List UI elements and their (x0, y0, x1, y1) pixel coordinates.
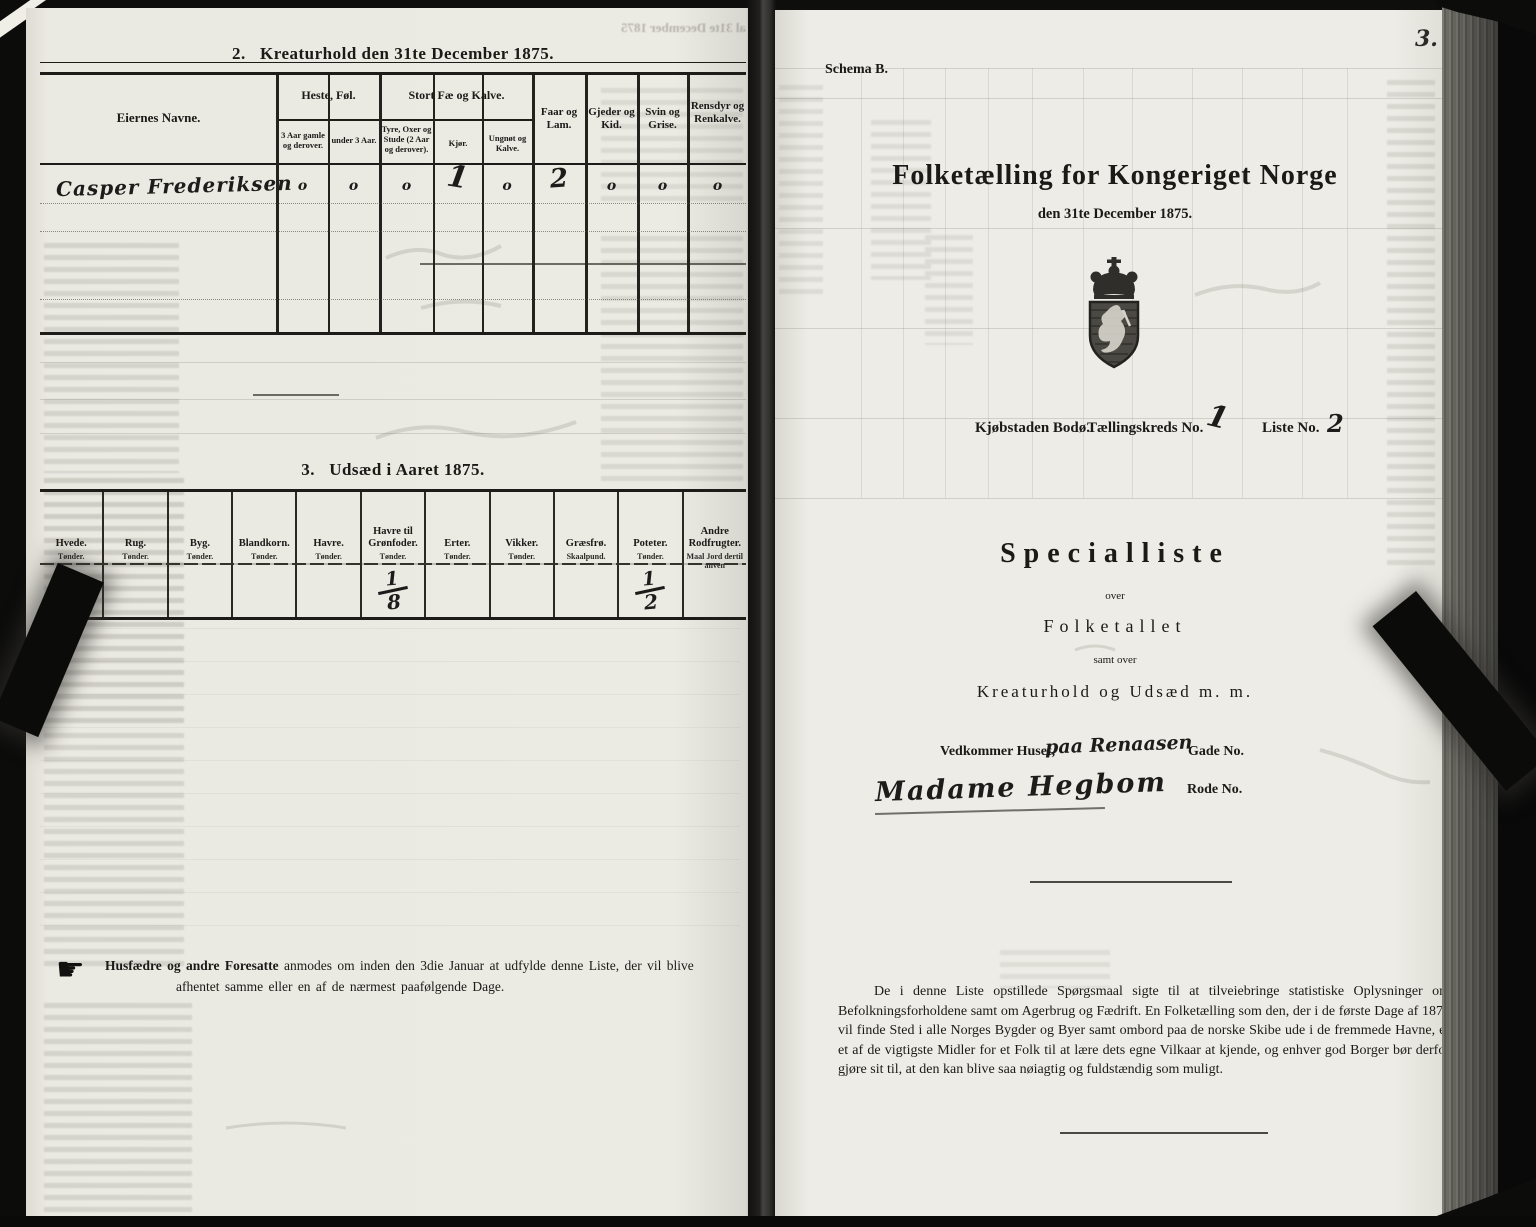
table2-entry-value: o (328, 178, 379, 194)
census-district-label: Tællingskreds No. (1087, 420, 1203, 437)
table3-col-value: 1 8 (362, 566, 424, 616)
fraction-denominator: 2 (644, 592, 660, 612)
table3-col-value: 1 2 (619, 566, 681, 616)
table2-entry-owner-name: Casper Frederiksen (56, 171, 293, 201)
list-label: Liste No. (1262, 420, 1320, 437)
scanned-book-spread: al 31te December 1875 2. Kreaturhold den… (0, 0, 1536, 1227)
page-number: 3. (1415, 26, 1438, 52)
table2-entry-value: o (689, 178, 746, 194)
specialliste-heading: Specialliste (835, 538, 1395, 570)
table2-sub-under3: under 3 Aar. (329, 135, 379, 145)
table2-col-gjeder: Gjeder og Kid. (586, 106, 637, 132)
fraction-numerator: 1 (642, 570, 657, 588)
table3-col-value (555, 566, 617, 616)
table3-title-number: 3. (301, 460, 315, 479)
table2-kreaturhold: Eiernes Navne. Heste, Føl. Stort Fæ og K… (40, 62, 746, 335)
table3-column: Rug. Tønder. (104, 492, 168, 617)
norway-coat-of-arms (1080, 256, 1148, 380)
scan-bottom-black-edge (0, 1216, 1536, 1227)
table3-col-value (297, 566, 359, 616)
book-gutter (746, 0, 776, 1227)
table3-col-label: Byg. (189, 492, 211, 552)
document-subtitle: den 31te December 1875. (835, 206, 1395, 223)
district-line: Kjøbstaden Bodø. Tællingskreds No. 1 Lis… (775, 412, 1442, 452)
table2-entry-value: o (277, 178, 328, 194)
city-label: Kjøbstaden Bodø. (975, 420, 1090, 437)
table3-column: Poteter. Tønder. 1 2 (619, 492, 683, 617)
specialliste-samt-over: samt over (835, 654, 1395, 666)
table2-sub-3aar: 3 Aar gamle og derover. (278, 130, 328, 150)
table2-top-rule-thin (40, 62, 746, 63)
table2-title-number: 2. (232, 44, 246, 63)
specialliste-subject2: Kreaturhold og Udsæd m. m. (835, 682, 1395, 702)
table3-column: Erter. Tønder. (426, 492, 490, 617)
table2-group-heste: Heste, Føl. (277, 88, 380, 103)
table2-title-text: Kreaturhold den 31te December 1875. (260, 44, 554, 63)
table2-entry-value: o (482, 178, 532, 194)
table3-col-label: Blandkorn. (238, 492, 291, 552)
note-line2: afhentet samme eller en af de nærmest pa… (176, 979, 504, 995)
faint-rule (40, 433, 746, 434)
table2-group-underline (277, 119, 533, 121)
table2-entry-value: 1 (431, 156, 485, 198)
specialliste-over: over (835, 590, 1395, 602)
table2-header-bottom-rule (40, 163, 746, 165)
table3-column: Blandkorn. Tønder. (233, 492, 297, 617)
separator-rule (1060, 1132, 1268, 1134)
scan-right-black-edge (1498, 0, 1536, 1227)
table2-title: 2. Kreaturhold den 31te December 1875. (40, 44, 746, 64)
table3-col-value (169, 566, 231, 616)
right-page: 3. Schema B. Folketælling for Kongeriget… (775, 10, 1442, 1216)
note-line1: Husfædre og andre Foresatte anmodes om i… (105, 958, 694, 974)
table3-column: Havre til Grønfoder. Tønder. 1 8 (362, 492, 426, 617)
table3-column: Byg. Tønder. (169, 492, 233, 617)
gade-no-label: Gade No. (1188, 744, 1244, 760)
note-bold-lead: Husfædre og andre Foresatte (105, 958, 279, 973)
fraction-denominator: 8 (386, 592, 402, 612)
document-title: Folketælling for Kongeriget Norge (835, 160, 1395, 192)
table3-column: Græsfrø. Skaalpund. (555, 492, 619, 617)
pointing-hand-icon: ☛ (56, 950, 85, 988)
table3-col-label: Græsfrø. (565, 492, 608, 552)
table2-entry-value: o (638, 178, 687, 194)
table2-row-separator (40, 231, 746, 232)
table2-entry-value: o (586, 178, 637, 194)
handwritten-fraction: 1 2 (634, 570, 667, 613)
table3-col-label: Havre til Grønfoder. (362, 492, 424, 552)
rode-no-label: Rode No. (1187, 782, 1242, 798)
table2-entry-value: o (380, 178, 433, 194)
table2-sub-tyre: Tyre, Oxer og Stude (2 Aar og derover). (381, 124, 432, 154)
note-line1-rest: anmodes om inden den 3die Januar at udfy… (279, 958, 694, 973)
book-page-edges-shade (1442, 0, 1502, 1227)
table3-column: Andre Rodfrugter. Maal Jord dertil anven (684, 492, 746, 617)
handwritten-fraction: 1 8 (376, 570, 409, 613)
left-page: al 31te December 1875 2. Kreaturhold den… (26, 8, 748, 1218)
scan-left-black-edge (0, 0, 26, 1227)
table3-column: Vikker. Tønder. (491, 492, 555, 617)
table2-entry-value: 2 (532, 162, 586, 196)
table2-sub-kjor: Kjør. (434, 138, 482, 148)
table3-col-value (426, 566, 488, 616)
house-prefix: Vedkommer Huset, (940, 744, 1055, 760)
faint-rule (40, 399, 746, 400)
table3-value-separator (40, 563, 746, 565)
table3-title: 3. Udsæd i Aaret 1875. (40, 460, 746, 480)
table2-col-faar: Faar og Lam. (533, 106, 585, 132)
table2-owner-header: Eiernes Navne. (40, 110, 277, 126)
table3-col-label: Rug. (124, 492, 147, 552)
instruction-paragraph: De i denne Liste opstillede Spørgsmaal s… (838, 982, 1442, 1080)
short-pen-rule (253, 394, 339, 396)
table3-col-label: Vikker. (504, 492, 539, 552)
fraction-numerator: 1 (385, 570, 400, 588)
table3-col-value (233, 566, 295, 616)
table3-col-label: Hvede. (55, 492, 88, 552)
table3-col-label: Andre Rodfrugter. (684, 492, 746, 552)
table2-row-separator (40, 299, 746, 300)
table3-col-value (104, 566, 166, 616)
table3-column: Havre. Tønder. (297, 492, 361, 617)
specialliste-subject: Folketallet (835, 616, 1395, 637)
table3-col-label: Poteter. (632, 492, 668, 552)
table2-group-stort: Stort Fæ og Kalve. (380, 88, 533, 103)
schema-label: Schema B. (825, 62, 888, 78)
table3-col-value (491, 566, 553, 616)
table2-top-rule-bold (40, 72, 746, 75)
list-number: 2 (1327, 409, 1344, 438)
table3-title-text: Udsæd i Aaret 1875. (329, 460, 485, 479)
table3-col-label: Erter. (443, 492, 471, 552)
table2-row-separator (40, 203, 746, 204)
table3-col-value (684, 566, 746, 616)
separator-rule (1030, 881, 1232, 883)
table2-sub-ungnot: Ungnøt og Kalve. (483, 133, 532, 153)
table2-col-rensdyr: Rensdyr og Renkalve. (689, 100, 746, 126)
faint-rule (40, 362, 746, 363)
table2-row-separator-dark (420, 263, 746, 265)
table3-udsaed: Hvede. Tønder. Rug. Tønder. Byg. Tønder.… (40, 489, 746, 620)
table2-col-svin: Svin og Grise. (638, 106, 687, 132)
table3-col-label: Havre. (312, 492, 344, 552)
